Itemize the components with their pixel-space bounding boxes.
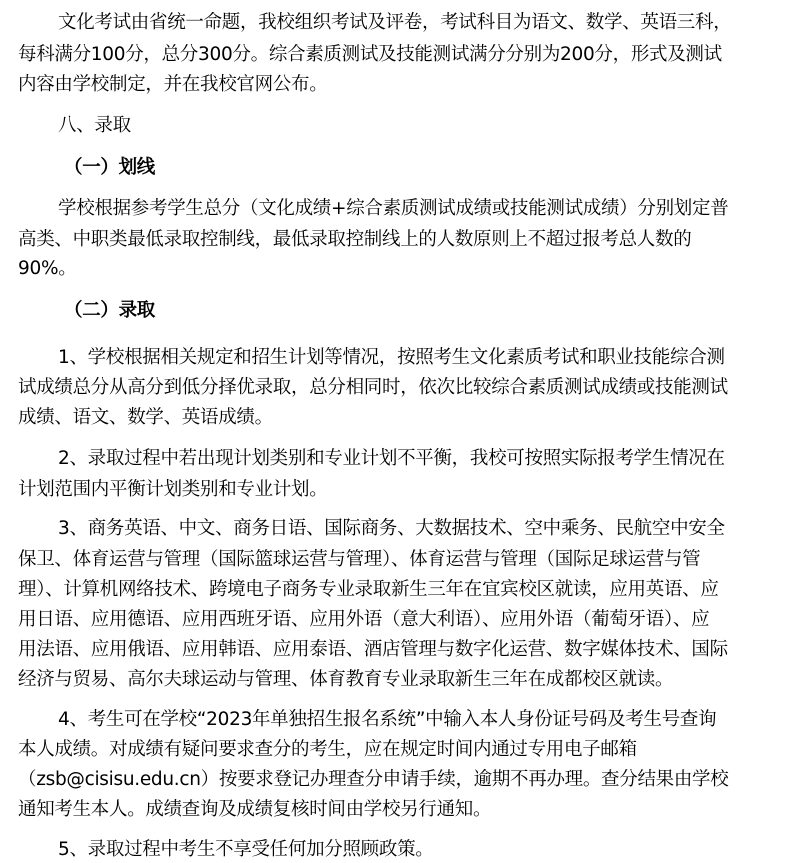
paragraph-exam-line-2: 每科满分100分，总分300分。综合素质测试及技能测试满分分别为200分，形式及… [18, 42, 722, 68]
paragraph-rule1-line-2: 试成绩总分从高分到低分择优录取，总分相同时，依次比较综合素质测试成绩或技能测试 [18, 375, 728, 401]
paragraph-rule3-line-5: 用法语、应用俄语、应用韩语、应用泰语、酒店管理与数字化运营、数字媒体技术、国际 [18, 637, 728, 663]
subheading-admission: （二）录取 [64, 298, 155, 324]
paragraph-cutoff-line-3: 90%。 [18, 256, 76, 282]
paragraph-rule4-line-2: 本人成绩。对成绩有疑问要求查分的考生，应在规定时间内通过专用电子邮箱 [18, 737, 637, 763]
paragraph-exam-line-3: 内容由学校制定，并在我校官网公布。 [18, 72, 327, 98]
subheading-cutoff: （一）划线 [64, 155, 155, 181]
paragraph-rule5-line-1: 5、录取过程中考生不享受任何加分照顾政策。 [58, 837, 433, 863]
paragraph-rule4-line-1: 4、考生可在学校“2023年单独招生报名系统”中输入本人身份证号码及考生号查询 [58, 707, 716, 733]
paragraph-cutoff-line-2: 高类、中职类最低录取控制线，最低录取控制线上的人数原则上不超过报考总人数的 [18, 227, 691, 253]
section-heading-admission: 八、录取 [58, 113, 131, 139]
paragraph-rule3-line-2: 保卫、体育运营与管理（国际篮球运营与管理）、体育运营与管理（国际足球运营与管 [18, 547, 700, 573]
paragraph-cutoff-line-1: 学校根据参考学生总分（文化成绩+综合素质测试成绩或技能测试成绩）分别划定普 [58, 196, 728, 222]
paragraph-rule3-line-3: 理）、计算机网络技术、跨境电子商务专业录取新生三年在宜宾校区就读，应用英语、应 [18, 577, 719, 603]
paragraph-rule2-line-2: 计划范围内平衡计划类别和专业计划。 [18, 477, 327, 503]
paragraph-rule1-line-1: 1、学校根据相关规定和招生计划等情况，按照考生文化素质考试和职业技能综合测 [58, 345, 725, 371]
paragraph-rule1-line-3: 成绩、语文、数学、英语成绩。 [18, 405, 273, 431]
paragraph-rule4-line-4: 通知考生本人。成绩查询及成绩复核时间由学校另行通知。 [18, 797, 491, 823]
paragraph-rule4-line-3-email: （zsb@cisisu.edu.cn）按要求登记办理查分申请手续，逾期不再办理。… [18, 767, 728, 793]
paragraph-rule3-line-6: 经济与贸易、高尔夫球运动与管理、体育教育专业录取新生三年在成都校区就读。 [18, 667, 673, 693]
paragraph-rule2-line-1: 2、录取过程中若出现计划类别和专业计划不平衡，我校可按照实际报考学生情况在 [58, 446, 725, 472]
paragraph-exam-line-1: 文化考试由省统一命题，我校组织考试及评卷，考试科目为语文、数学、英语三科， [58, 10, 731, 36]
paragraph-rule3-line-4: 用日语、应用德语、应用西班牙语、应用外语（意大利语）、应用外语（葡萄牙语）、应 [18, 607, 709, 633]
paragraph-rule3-line-1: 3、商务英语、中文、商务日语、国际商务、大数据技术、空中乘务、民航空中安全 [58, 516, 725, 542]
